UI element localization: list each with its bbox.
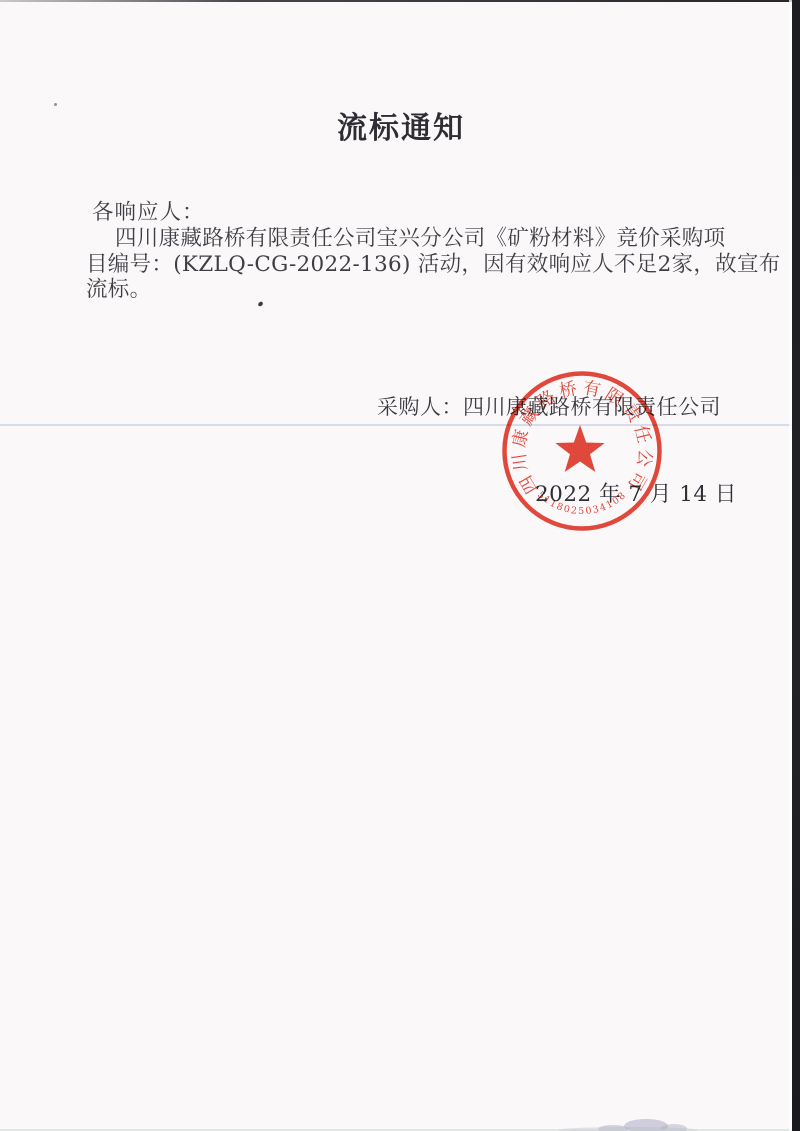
scanned-document-page: 流标通知 各响应人： 四川康藏路桥有限责任公司宝兴分公司《矿粉材料》竞价采购项 … (0, 0, 800, 1131)
body-line: 目编号：(KZLQ-CG-2022-136) 活动，因有效响应人不足2家，故宣布 (86, 252, 736, 278)
scan-fold-line (0, 424, 792, 426)
salutation-line: 各响应人： (92, 195, 205, 226)
body-line: 四川康藏路桥有限责任公司宝兴分公司《矿粉材料》竞价采购项 (86, 226, 736, 252)
scan-speck (54, 103, 57, 106)
seal-code-text: 5118025034108 (535, 489, 629, 517)
scan-top-edge (0, 0, 800, 2)
body-line: 流标。 (86, 277, 736, 303)
company-seal: 四川康藏路桥有限责任公司 5118025034108 (497, 366, 667, 536)
seal-star-icon (555, 425, 604, 472)
document-title: 流标通知 (5, 103, 797, 147)
scan-right-edge (792, 0, 800, 1131)
scan-speck (257, 301, 263, 307)
body-paragraph: 四川康藏路桥有限责任公司宝兴分公司《矿粉材料》竞价采购项 目编号：(KZLQ-C… (86, 226, 736, 303)
